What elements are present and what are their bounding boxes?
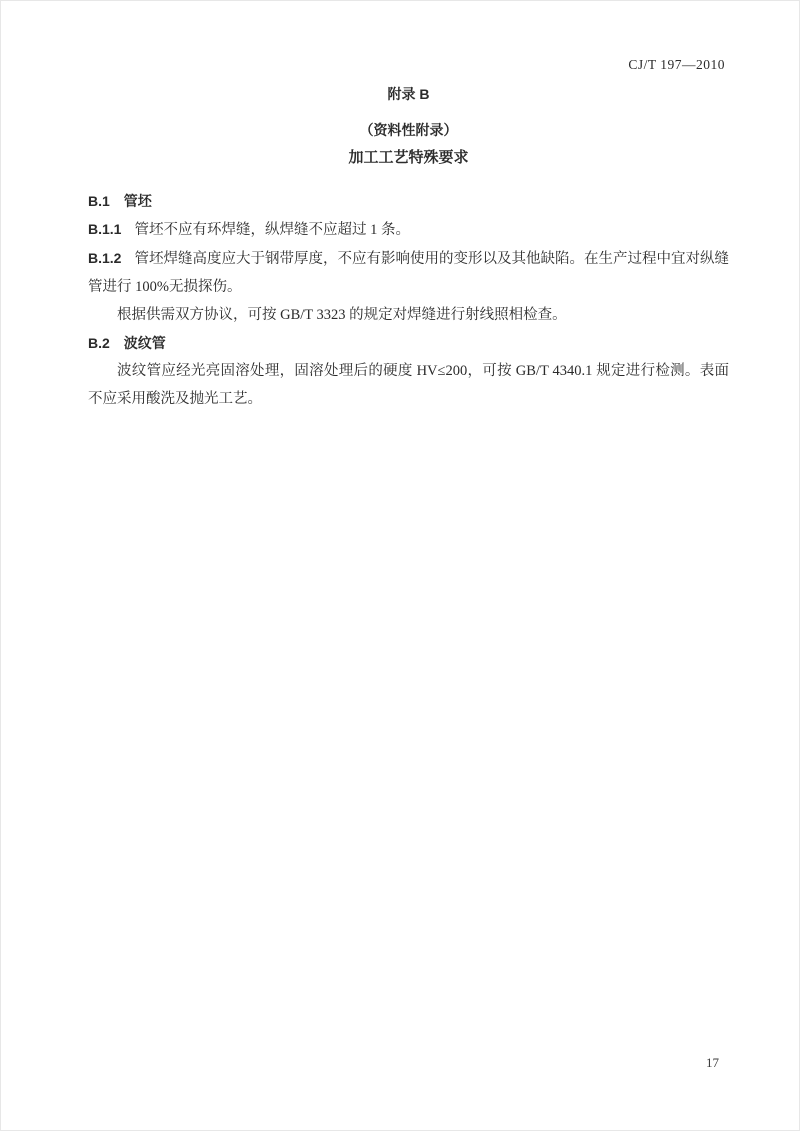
document-footer: 17 [706, 1055, 719, 1071]
section-number-b2: B.2 [88, 335, 110, 351]
clause-number-b12: B.1.2 [88, 250, 121, 266]
section-heading-b1: B.1管坯 [88, 187, 729, 215]
page-number: 17 [706, 1055, 719, 1070]
appendix-subject-heading: 加工工艺特殊要求 [88, 146, 729, 167]
paragraph-b2: 波纹管应经光亮固溶处理，固溶处理后的硬度 HV≤200，可按 GB/T 4340… [88, 357, 729, 413]
appendix-title: 附录 B [88, 84, 729, 104]
document-header: CJ/T 197—2010 [628, 57, 725, 73]
paragraph-text-b2: 波纹管应经光亮固溶处理，固溶处理后的硬度 HV≤200，可按 GB/T 4340… [88, 363, 729, 407]
clause-b12: B.1.2管坯焊缝高度应大于钢带厚度，不应有影响使用的变形以及其他缺陷。在生产过… [88, 244, 729, 301]
document-page: CJ/T 197—2010 附录 B （资料性附录） 加工工艺特殊要求 B.1管… [0, 0, 800, 1131]
clause-text-b12: 管坯焊缝高度应大于钢带厚度，不应有影响使用的变形以及其他缺陷。在生产过程中宜对纵… [88, 251, 729, 295]
clause-number-b11: B.1.1 [88, 221, 121, 237]
paragraph-text-b12-note: 根据供需双方协议，可按 GB/T 3323 的规定对焊缝进行射线照相检查。 [117, 307, 567, 323]
paragraph-b12-note: 根据供需双方协议，可按 GB/T 3323 的规定对焊缝进行射线照相检查。 [88, 301, 729, 329]
section-heading-b2: B.2波纹管 [88, 329, 729, 357]
appendix-type-note: （资料性附录） [88, 120, 729, 140]
section-title-b1: 管坯 [124, 193, 152, 209]
section-number-b1: B.1 [88, 193, 110, 209]
clause-text-b11: 管坯不应有环焊缝，纵焊缝不应超过 1 条。 [134, 222, 410, 238]
standard-number: CJ/T 197—2010 [628, 57, 725, 72]
document-body: B.1管坯 B.1.1管坯不应有环焊缝，纵焊缝不应超过 1 条。 B.1.2管坯… [88, 187, 729, 413]
clause-b11: B.1.1管坯不应有环焊缝，纵焊缝不应超过 1 条。 [88, 215, 729, 244]
appendix-title-block: 附录 B （资料性附录） 加工工艺特殊要求 [88, 84, 729, 167]
section-title-b2: 波纹管 [124, 335, 166, 351]
